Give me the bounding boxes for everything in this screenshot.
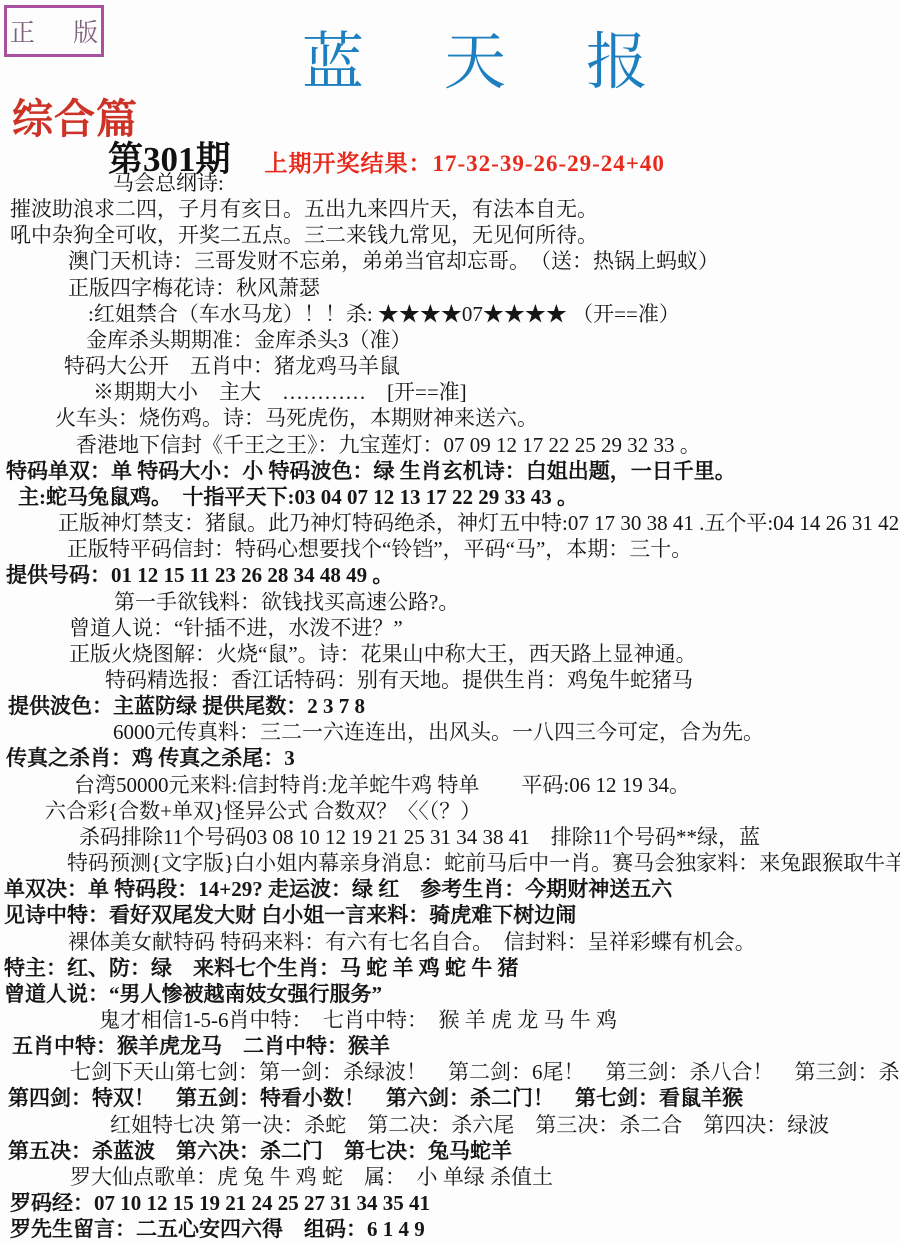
text-line: 特主：红、防：绿 来料七个生肖：马 蛇 羊 鸡 蛇 牛 猪 (0, 955, 900, 981)
text-line: 香港地下信封《千王之王》：九宝莲灯：07 09 12 17 22 25 29 3… (0, 432, 900, 458)
text-line: 马会总纲诗: (0, 170, 900, 196)
text-line: 五肖中特：猴羊虎龙马 二肖中特：猴羊 (0, 1033, 900, 1059)
text-line: 第四剑：特双！ 第五剑：特看小数！ 第六剑：杀二门！ 第七剑：看鼠羊猴 (0, 1085, 900, 1111)
text-line: 提供波色：主蓝防绿 提供尾数：2 3 7 8 (0, 693, 900, 719)
text-line: 火车头：烧伤鸡。诗：马死虎伤，本期财神来送六。 (0, 405, 900, 431)
text-line: 曾道人说：“男人惨被越南妓女强行服务” (0, 981, 900, 1007)
text-line: 摧波助浪求二四，子月有亥日。五出九来四片天，有法本自无。 (0, 196, 900, 222)
text-line: 红姐特七决 第一决：杀蛇 第二决：杀六尾 第三决：杀二合 第四决：绿波 (0, 1112, 900, 1138)
text-line: 主:蛇马兔鼠鸡。 十指平天下:03 04 07 12 13 17 22 29 3… (0, 484, 900, 510)
text-line: 裸体美女献特码 特码来料：有六有七名自合。 信封料：呈祥彩蝶有机会。 (0, 929, 900, 955)
text-line: 鬼才相信1-5-6肖中特： 七肖中特： 猴 羊 虎 龙 马 牛 鸡 (0, 1007, 900, 1033)
text-line: 特码大公开 五肖中：猪龙鸡马羊鼠 (0, 353, 900, 379)
text-line: ※期期大小 主大 ………… [开==准] (0, 379, 900, 405)
text-line: 提供号码：01 12 15 11 23 26 28 34 48 49 。 (0, 562, 900, 588)
edition-badge-label: 正 版 (10, 13, 114, 49)
text-line: :红姐禁合（车水马龙）！！杀: ★★★★07★★★★ （开==准） (0, 301, 900, 327)
text-line: 正版火烧图解：火烧“鼠”。诗：花果山中称大王，西天路上显神通。 (0, 641, 900, 667)
text-line: 曾道人说：“针插不进，水泼不进？” (0, 615, 900, 641)
text-line: 特码单双：单 特码大小：小 特码波色：绿 生肖玄机诗：白姐出题，一日千里。 (0, 458, 900, 484)
text-line: 单双决：单 特码段：14+29? 走运波：绿 红 参考生肖：今期财神送五六 (0, 876, 900, 902)
text-line: 正版神灯禁支：猪鼠。此乃神灯特码绝杀，神灯五中特:07 17 30 38 41 … (0, 510, 900, 536)
text-line: 特码精选报：香江话特码：别有天地。提供生肖：鸡兔牛蛇猪马 (0, 667, 900, 693)
text-line: 罗大仙点歌单：虎 兔 牛 鸡 蛇 属： 小 单绿 杀值土 (0, 1164, 900, 1190)
text-line: 传真之杀肖：鸡 传真之杀尾：3 (0, 745, 900, 771)
text-line: 金库杀头期期准：金库杀头3（准） (0, 327, 900, 353)
text-line: 见诗中特：看好双尾发大财 白小姐一言来料：骑虎难下树边闹 (0, 902, 900, 928)
text-line: 澳门天机诗：三哥发财不忘弟，弟弟当官却忘哥。 （送：热锅上蚂蚁） (0, 248, 900, 274)
text-line: 七剑下天山第七剑：第一剑：杀绿波！ 第二剑：6尾！ 第三剑：杀八合！ 第三剑：杀… (0, 1059, 900, 1085)
text-line: 正版四字梅花诗：秋风萧瑟 (0, 275, 900, 301)
body-lines: 马会总纲诗:摧波助浪求二四，子月有亥日。五出九来四片天，有法本自无。吼中杂狗全可… (0, 170, 900, 1242)
text-line: 6000元传真料：三二一六连连出，出风头。一八四三今可定，合为先。 (0, 719, 900, 745)
text-line: 第一手欲钱料：欲钱找买高速公路?。 (0, 589, 900, 615)
text-line: 杀码排除11个号码03 08 10 12 19 21 25 31 34 38 4… (0, 824, 900, 850)
text-line: 特码预测{文字版}白小姐内幕亲身消息：蛇前马后中一肖。赛马会独家料：来兔跟猴取牛… (0, 850, 900, 876)
text-line: 罗先生留言：二五心安四六得 组码：6 1 4 9 (0, 1216, 900, 1242)
text-line: 六合彩{合数+单双}怪异公式 合数双？〈〈（？） (0, 798, 900, 824)
text-line: 台湾50000元来料:信封特肖:龙羊蛇牛鸡 特单 平码:06 12 19 34。 (0, 772, 900, 798)
text-line: 罗码经：07 10 12 15 19 21 24 25 27 31 34 35 … (0, 1190, 900, 1216)
text-line: 正版特平码信封：特码心想要找个“铃铛”，平码“马”，本期：三十。 (0, 536, 900, 562)
paper-title: 蓝天报 (302, 12, 728, 101)
text-line: 吼中杂狗全可收，开奖二五点。三二来钱九常见，无见何所待。 (0, 222, 900, 248)
text-line: 第五决：杀蓝波 第六决：杀二门 第七决：兔马蛇羊 (0, 1138, 900, 1164)
newspaper-page: 正 版 蓝天报 综合篇 第301期 上期开奖结果：17-32-39-26-29-… (0, 0, 900, 1243)
edition-badge: 正 版 (4, 5, 104, 57)
